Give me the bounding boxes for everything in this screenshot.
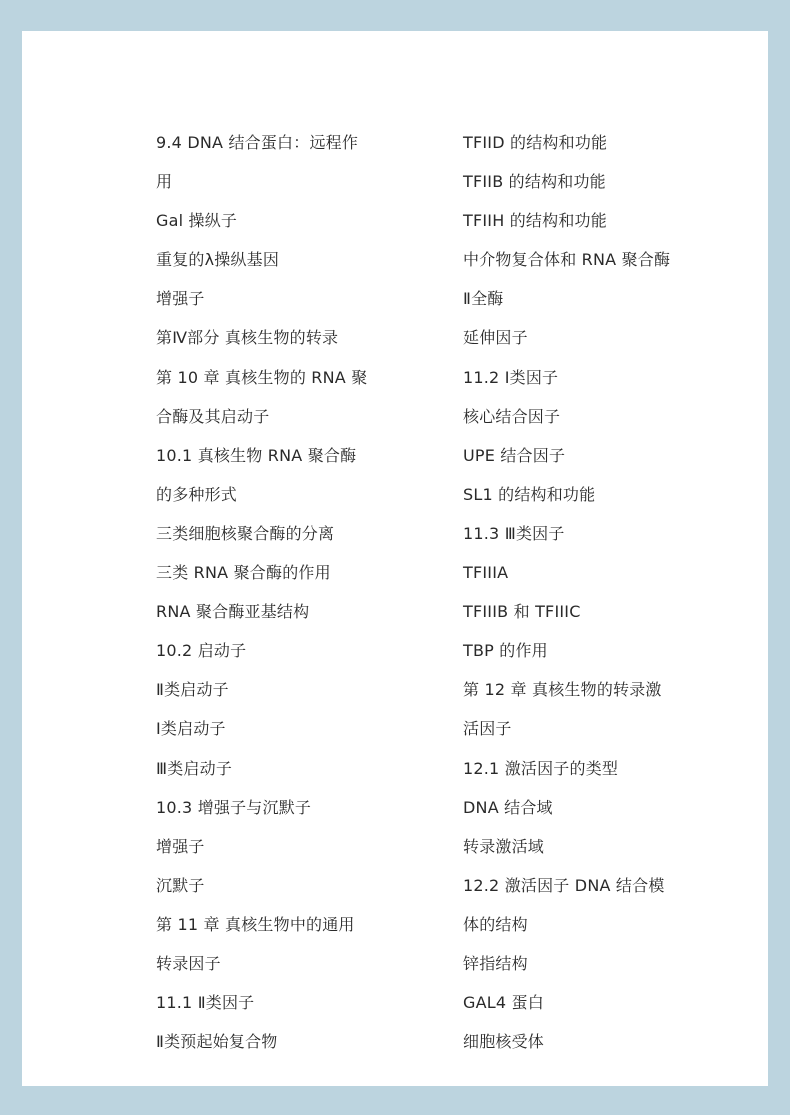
toc-entry: Ⅱ全酶: [463, 287, 670, 326]
toc-entry: 三类 RNA 聚合酶的作用: [156, 561, 367, 600]
toc-entry: TFIID 的结构和功能: [463, 131, 670, 170]
toc-entry: TFIIH 的结构和功能: [463, 209, 670, 248]
toc-entry: 9.4 DNA 结合蛋白：远程作: [156, 131, 367, 170]
toc-entry: Ⅰ类启动子: [156, 717, 367, 756]
toc-entry: 沉默子: [156, 874, 367, 913]
toc-entry: TFIIB 的结构和功能: [463, 170, 670, 209]
toc-entry: 第Ⅳ部分 真核生物的转录: [156, 326, 367, 365]
toc-entry: SL1 的结构和功能: [463, 483, 670, 522]
toc-entry: Ⅲ类启动子: [156, 757, 367, 796]
toc-entry: 活因子: [463, 717, 670, 756]
toc-entry: 第 12 章 真核生物的转录激: [463, 678, 670, 717]
toc-entry: 的多种形式: [156, 483, 367, 522]
toc-entry: 增强子: [156, 287, 367, 326]
toc-entry: 中介物复合体和 RNA 聚合酶: [463, 248, 670, 287]
toc-entry: 10.3 增强子与沉默子: [156, 796, 367, 835]
toc-left-column: 9.4 DNA 结合蛋白：远程作用Gal 操纵子重复的λ操纵基因增强子第Ⅳ部分 …: [156, 131, 367, 1069]
toc-entry: Gal 操纵子: [156, 209, 367, 248]
toc-right-column: TFIID 的结构和功能TFIIB 的结构和功能TFIIH 的结构和功能中介物复…: [463, 131, 670, 1069]
toc-entry: Ⅱ类预起始复合物: [156, 1030, 367, 1069]
toc-entry: 延伸因子: [463, 326, 670, 365]
toc-entry: 用: [156, 170, 367, 209]
toc-entry: 重复的λ操纵基因: [156, 248, 367, 287]
toc-entry: Ⅱ类启动子: [156, 678, 367, 717]
toc-entry: 第 11 章 真核生物中的通用: [156, 913, 367, 952]
toc-entry: 体的结构: [463, 913, 670, 952]
toc-entry: 12.2 激活因子 DNA 结合模: [463, 874, 670, 913]
toc-entry: GAL4 蛋白: [463, 991, 670, 1030]
toc-entry: 第 10 章 真核生物的 RNA 聚: [156, 366, 367, 405]
toc-entry: 三类细胞核聚合酶的分离: [156, 522, 367, 561]
toc-entry: 12.1 激活因子的类型: [463, 757, 670, 796]
toc-entry: 11.2 Ⅰ类因子: [463, 366, 670, 405]
toc-entry: RNA 聚合酶亚基结构: [156, 600, 367, 639]
toc-entry: 核心结合因子: [463, 405, 670, 444]
toc-entry: 细胞核受体: [463, 1030, 670, 1069]
toc-entry: 合酶及其启动子: [156, 405, 367, 444]
toc-entry: UPE 结合因子: [463, 444, 670, 483]
toc-entry: 锌指结构: [463, 952, 670, 991]
toc-entry: 10.2 启动子: [156, 639, 367, 678]
document-page: 9.4 DNA 结合蛋白：远程作用Gal 操纵子重复的λ操纵基因增强子第Ⅳ部分 …: [22, 31, 768, 1086]
toc-entry: 11.3 Ⅲ类因子: [463, 522, 670, 561]
toc-entry: 转录激活域: [463, 835, 670, 874]
toc-entry: 11.1 Ⅱ类因子: [156, 991, 367, 1030]
toc-entry: 10.1 真核生物 RNA 聚合酶: [156, 444, 367, 483]
toc-entry: 转录因子: [156, 952, 367, 991]
toc-entry: TBP 的作用: [463, 639, 670, 678]
toc-entry: TFIIIB 和 TFIIIC: [463, 600, 670, 639]
toc-entry: TFIIIA: [463, 561, 670, 600]
toc-entry: DNA 结合域: [463, 796, 670, 835]
toc-entry: 增强子: [156, 835, 367, 874]
